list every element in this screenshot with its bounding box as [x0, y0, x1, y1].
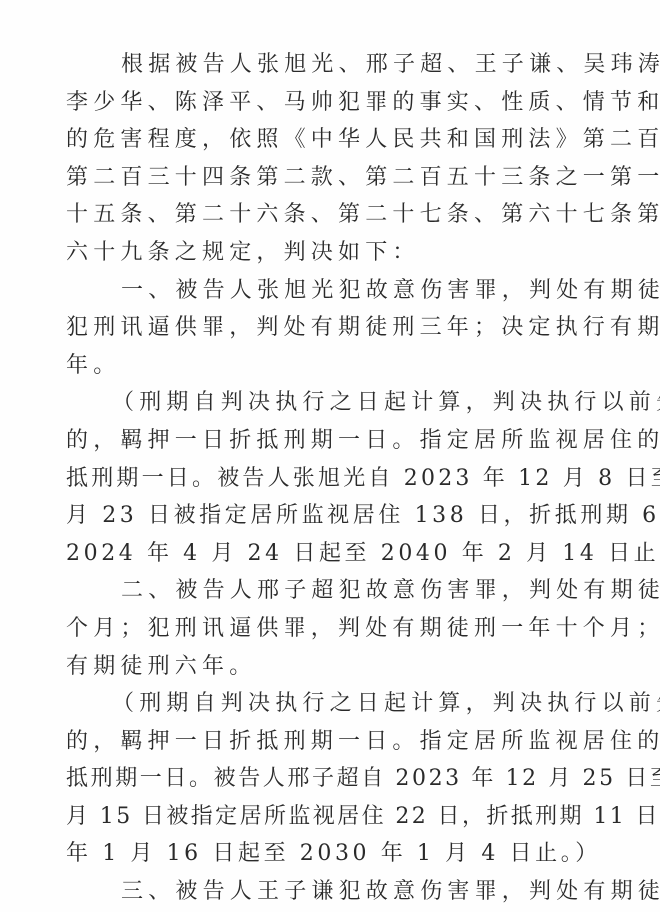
- paragraph-verdict-2-note: （刑期自判决执行之日起计算，判决执行以前先行羁押 的，羁押一日折抵刑期一日。指定…: [66, 685, 606, 873]
- paragraph-verdict-2: 二、被告人邢子超犯故意伤害罪，判处有期徒刑五年六 个月；犯刑讯逼供罪，判处有期徒…: [66, 572, 606, 685]
- paragraph-verdict-1-note: （刑期自判决执行之日起计算，判决执行以前先行羁押 的，羁押一日折抵刑期一日。指定…: [66, 384, 606, 572]
- text-line: 根据被告人张旭光、邢子超、王子谦、吴玮涛、马林炫、: [66, 46, 606, 84]
- text-line: 犯刑讯逼供罪，判处有期徒刑三年；决定执行有期徒刑十六: [66, 309, 606, 347]
- text-line: 月 23 日被指定居所监视居住 138 日，折抵刑期 69 日。即自: [66, 497, 606, 535]
- text-line: 2024 年 4 月 24 日起至 2040 年 2 月 14 日止。）: [66, 535, 606, 573]
- text-line: 的危害程度，依照《中华人民共和国刑法》第二百四十七条、: [66, 121, 606, 159]
- text-line: 个月；犯刑讯逼供罪，判处有期徒刑一年十个月；决定执行: [66, 610, 606, 648]
- text-line: （刑期自判决执行之日起计算，判决执行以前先行羁押: [66, 685, 606, 723]
- paragraph-basis: 根据被告人张旭光、邢子超、王子谦、吴玮涛、马林炫、 李少华、陈泽平、马帅犯罪的事…: [66, 46, 606, 272]
- text-line: 有期徒刑六年。: [66, 648, 606, 686]
- text-line: 抵刑期一日。被告人邢子超自 2023 年 12 月 25 日至 2024 年 1: [66, 760, 606, 798]
- text-line: （刑期自判决执行之日起计算，判决执行以前先行羁押: [66, 384, 606, 422]
- text-line: 一、被告人张旭光犯故意伤害罪，判处有期徒刑十五年；: [66, 272, 606, 310]
- text-line: 的，羁押一日折抵刑期一日。指定居所监视居住的，二日折: [66, 422, 606, 460]
- paragraph-verdict-1: 一、被告人张旭光犯故意伤害罪，判处有期徒刑十五年； 犯刑讯逼供罪，判处有期徒刑三…: [66, 272, 606, 385]
- text-line: 月 15 日被指定居所监视居住 22 日，折抵刑期 11 日。即自 2024: [66, 798, 606, 836]
- text-line: 抵刑期一日。被告人张旭光自 2023 年 12 月 8 日至 2024 年 4: [66, 460, 606, 498]
- text-line: 二、被告人邢子超犯故意伤害罪，判处有期徒刑五年六: [66, 572, 606, 610]
- text-line: 的，羁押一日折抵刑期一日。指定居所监视居住的，二日折: [66, 723, 606, 761]
- text-line: 三、被告人王子谦犯故意伤害罪，判处有期徒刑五年六: [66, 873, 606, 911]
- text-line: 李少华、陈泽平、马帅犯罪的事实、性质、情节和对于社会: [66, 84, 606, 122]
- document-page: 根据被告人张旭光、邢子超、王子谦、吴玮涛、马林炫、 李少华、陈泽平、马帅犯罪的事…: [0, 0, 660, 912]
- text-line: 第二百三十四条第二款、第二百五十三条之一第一款、第二: [66, 159, 606, 197]
- judgment-text: 根据被告人张旭光、邢子超、王子谦、吴玮涛、马林炫、 李少华、陈泽平、马帅犯罪的事…: [66, 46, 606, 911]
- text-line: 十五条、第二十六条、第二十七条、第六十七条第一款、第: [66, 196, 606, 234]
- paragraph-verdict-3: 三、被告人王子谦犯故意伤害罪，判处有期徒刑五年六: [66, 873, 606, 911]
- text-line: 年 1 月 16 日起至 2030 年 1 月 4 日止。）: [66, 835, 606, 873]
- text-line: 年。: [66, 347, 606, 385]
- text-line: 六十九条之规定，判决如下：: [66, 234, 606, 272]
